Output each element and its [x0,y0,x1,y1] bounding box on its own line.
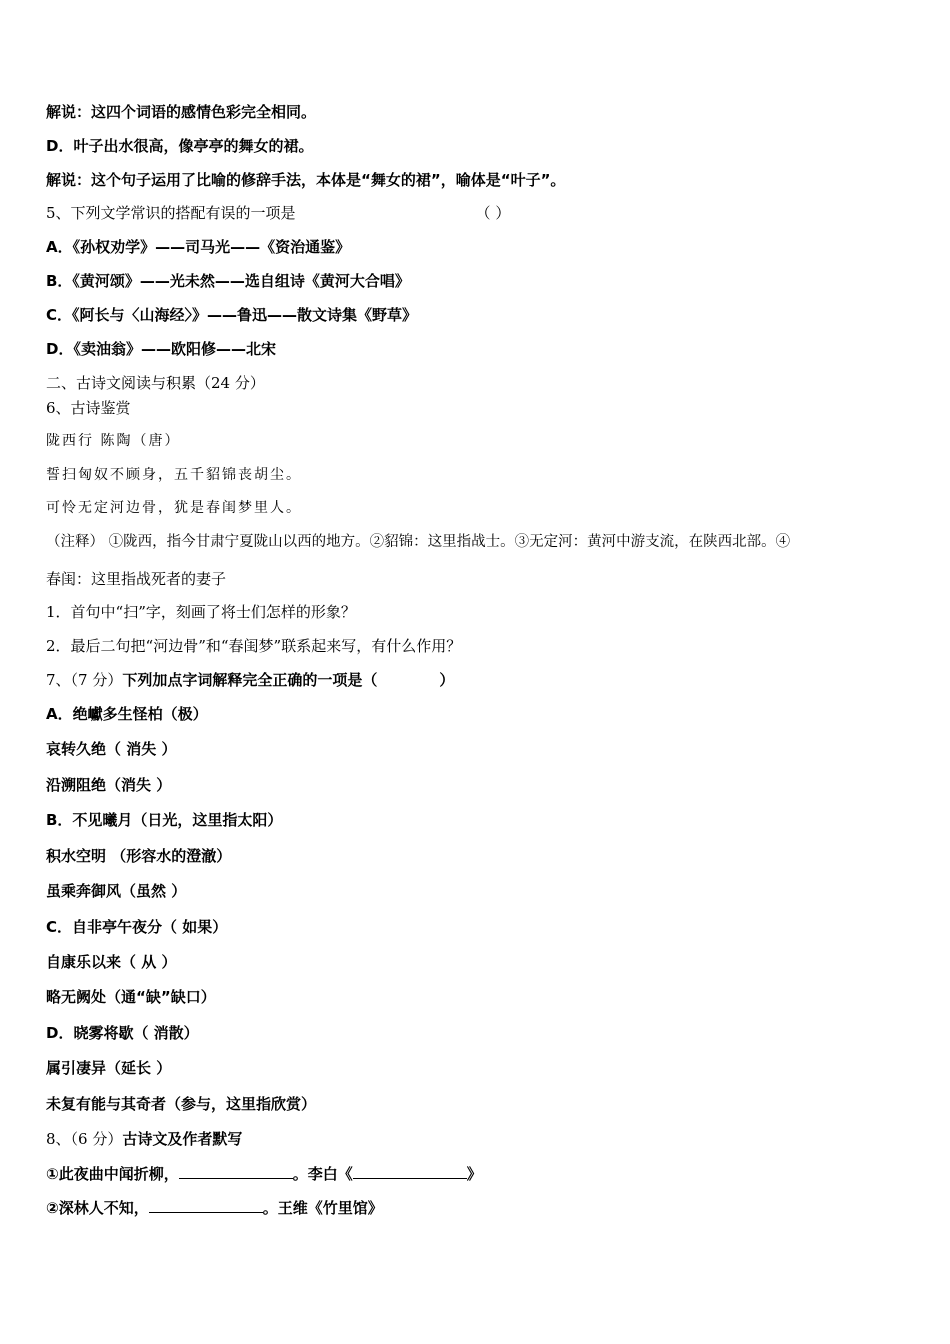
question-5-stem: 5、下列文学常识的搭配有误的一项是（ ） [46,203,510,223]
question-7-item: C．自非亭午夜分（ 如果） [46,917,227,937]
section-heading: 二、古诗文阅读与积累（24 分） [46,373,265,393]
question-7-item: 哀转久绝（ 消失 ） [46,739,176,759]
explanation-line: 解说：这四个词语的感情色彩完全相同。 [46,102,316,122]
poem-notes-continued: 春闺：这里指战死者的妻子 [46,569,226,589]
question-7-item: 沿溯阻绝（消失 ） [46,775,171,795]
recite-prefix: ②深林人不知， [46,1199,149,1217]
question-5-option-a: A．《孙权劝学》——司马光——《资治通鉴》 [46,237,350,257]
sub-question: 1．首句中“扫”字，刻画了将士们怎样的形象？ [46,602,356,622]
recite-middle: 。李白《 [293,1165,353,1183]
recite-middle: 。王维《竹里馆》 [263,1199,383,1217]
poem-title: 陇西行 陈陶（唐） [46,431,180,451]
poem-line: 誓扫匈奴不顾身，五千貂锦丧胡尘。 [46,465,302,485]
question-7-stem: 7、（7 分）下列加点字词解释完全正确的一项是（） [46,670,454,690]
recite-prefix: ①此夜曲中闻折柳， [46,1165,179,1183]
question-number: 7、（7 分） [46,671,122,689]
question-7-item: 虽乘奔御风（虽然 ） [46,881,186,901]
answer-paren: （ ） [476,204,511,222]
question-7-item: A．绝巘多生怪柏（极） [46,704,208,724]
answer-blank[interactable] [149,1197,263,1213]
poem-line: 可怜无定河边骨，犹是春闺梦里人。 [46,498,302,518]
question-5-option-c: C．《阿长与〈山海经〉》——鲁迅——散文诗集《野草》 [46,305,417,325]
answer-blank[interactable] [179,1163,293,1179]
recite-suffix: 》 [467,1165,482,1183]
question-7-item: 未复有能与其奇者（参与，这里指欣赏） [46,1094,316,1114]
explanation-line: 解说：这个句子运用了比喻的修辞手法，本体是“舞女的裙”，喻体是“叶子”。 [46,170,565,190]
option-d-line: D．叶子出水很高，像亭亭的舞女的裙。 [46,136,313,156]
question-text: 下列加点字词解释完全正确的一项是（ [122,671,377,689]
question-8-item: ①此夜曲中闻折柳，。李白《》 [46,1163,482,1184]
question-5-option-b: B．《黄河颂》——光未然——选自组诗《黄河大合唱》 [46,271,410,291]
poem-notes: （注释） ①陇西，指今甘肃宁夏陇山以西的地方。②貂锦：这里指战士。③无定河：黄河… [46,532,790,552]
question-5-option-d: D．《卖油翁》——欧阳修——北宋 [46,339,276,359]
question-text: 古诗文及作者默写 [122,1130,242,1148]
question-text: 5、下列文学常识的搭配有误的一项是 [46,204,296,222]
sub-question: 2．最后二句把“河边骨”和“春闺梦”联系起来写，有什么作用？ [46,636,461,656]
question-number: 8、（6 分） [46,1130,122,1148]
question-7-item: 积水空明 （形容水的澄澈） [46,846,231,866]
question-8-stem: 8、（6 分）古诗文及作者默写 [46,1129,242,1149]
question-7-item: B．不见曦月（日光，这里指太阳） [46,810,282,830]
question-7-item: D．晓雾将歇（ 消散） [46,1023,199,1043]
answer-paren-close: ） [439,671,454,689]
question-7-item: 自康乐以来（ 从 ） [46,952,176,972]
question-6-stem: 6、古诗鉴赏 [46,398,131,418]
question-7-item: 略无阙处（通“缺”缺口） [46,987,216,1007]
answer-blank[interactable] [353,1163,467,1179]
question-8-item: ②深林人不知，。王维《竹里馆》 [46,1197,383,1218]
question-7-item: 属引凄异（延长 ） [46,1058,171,1078]
